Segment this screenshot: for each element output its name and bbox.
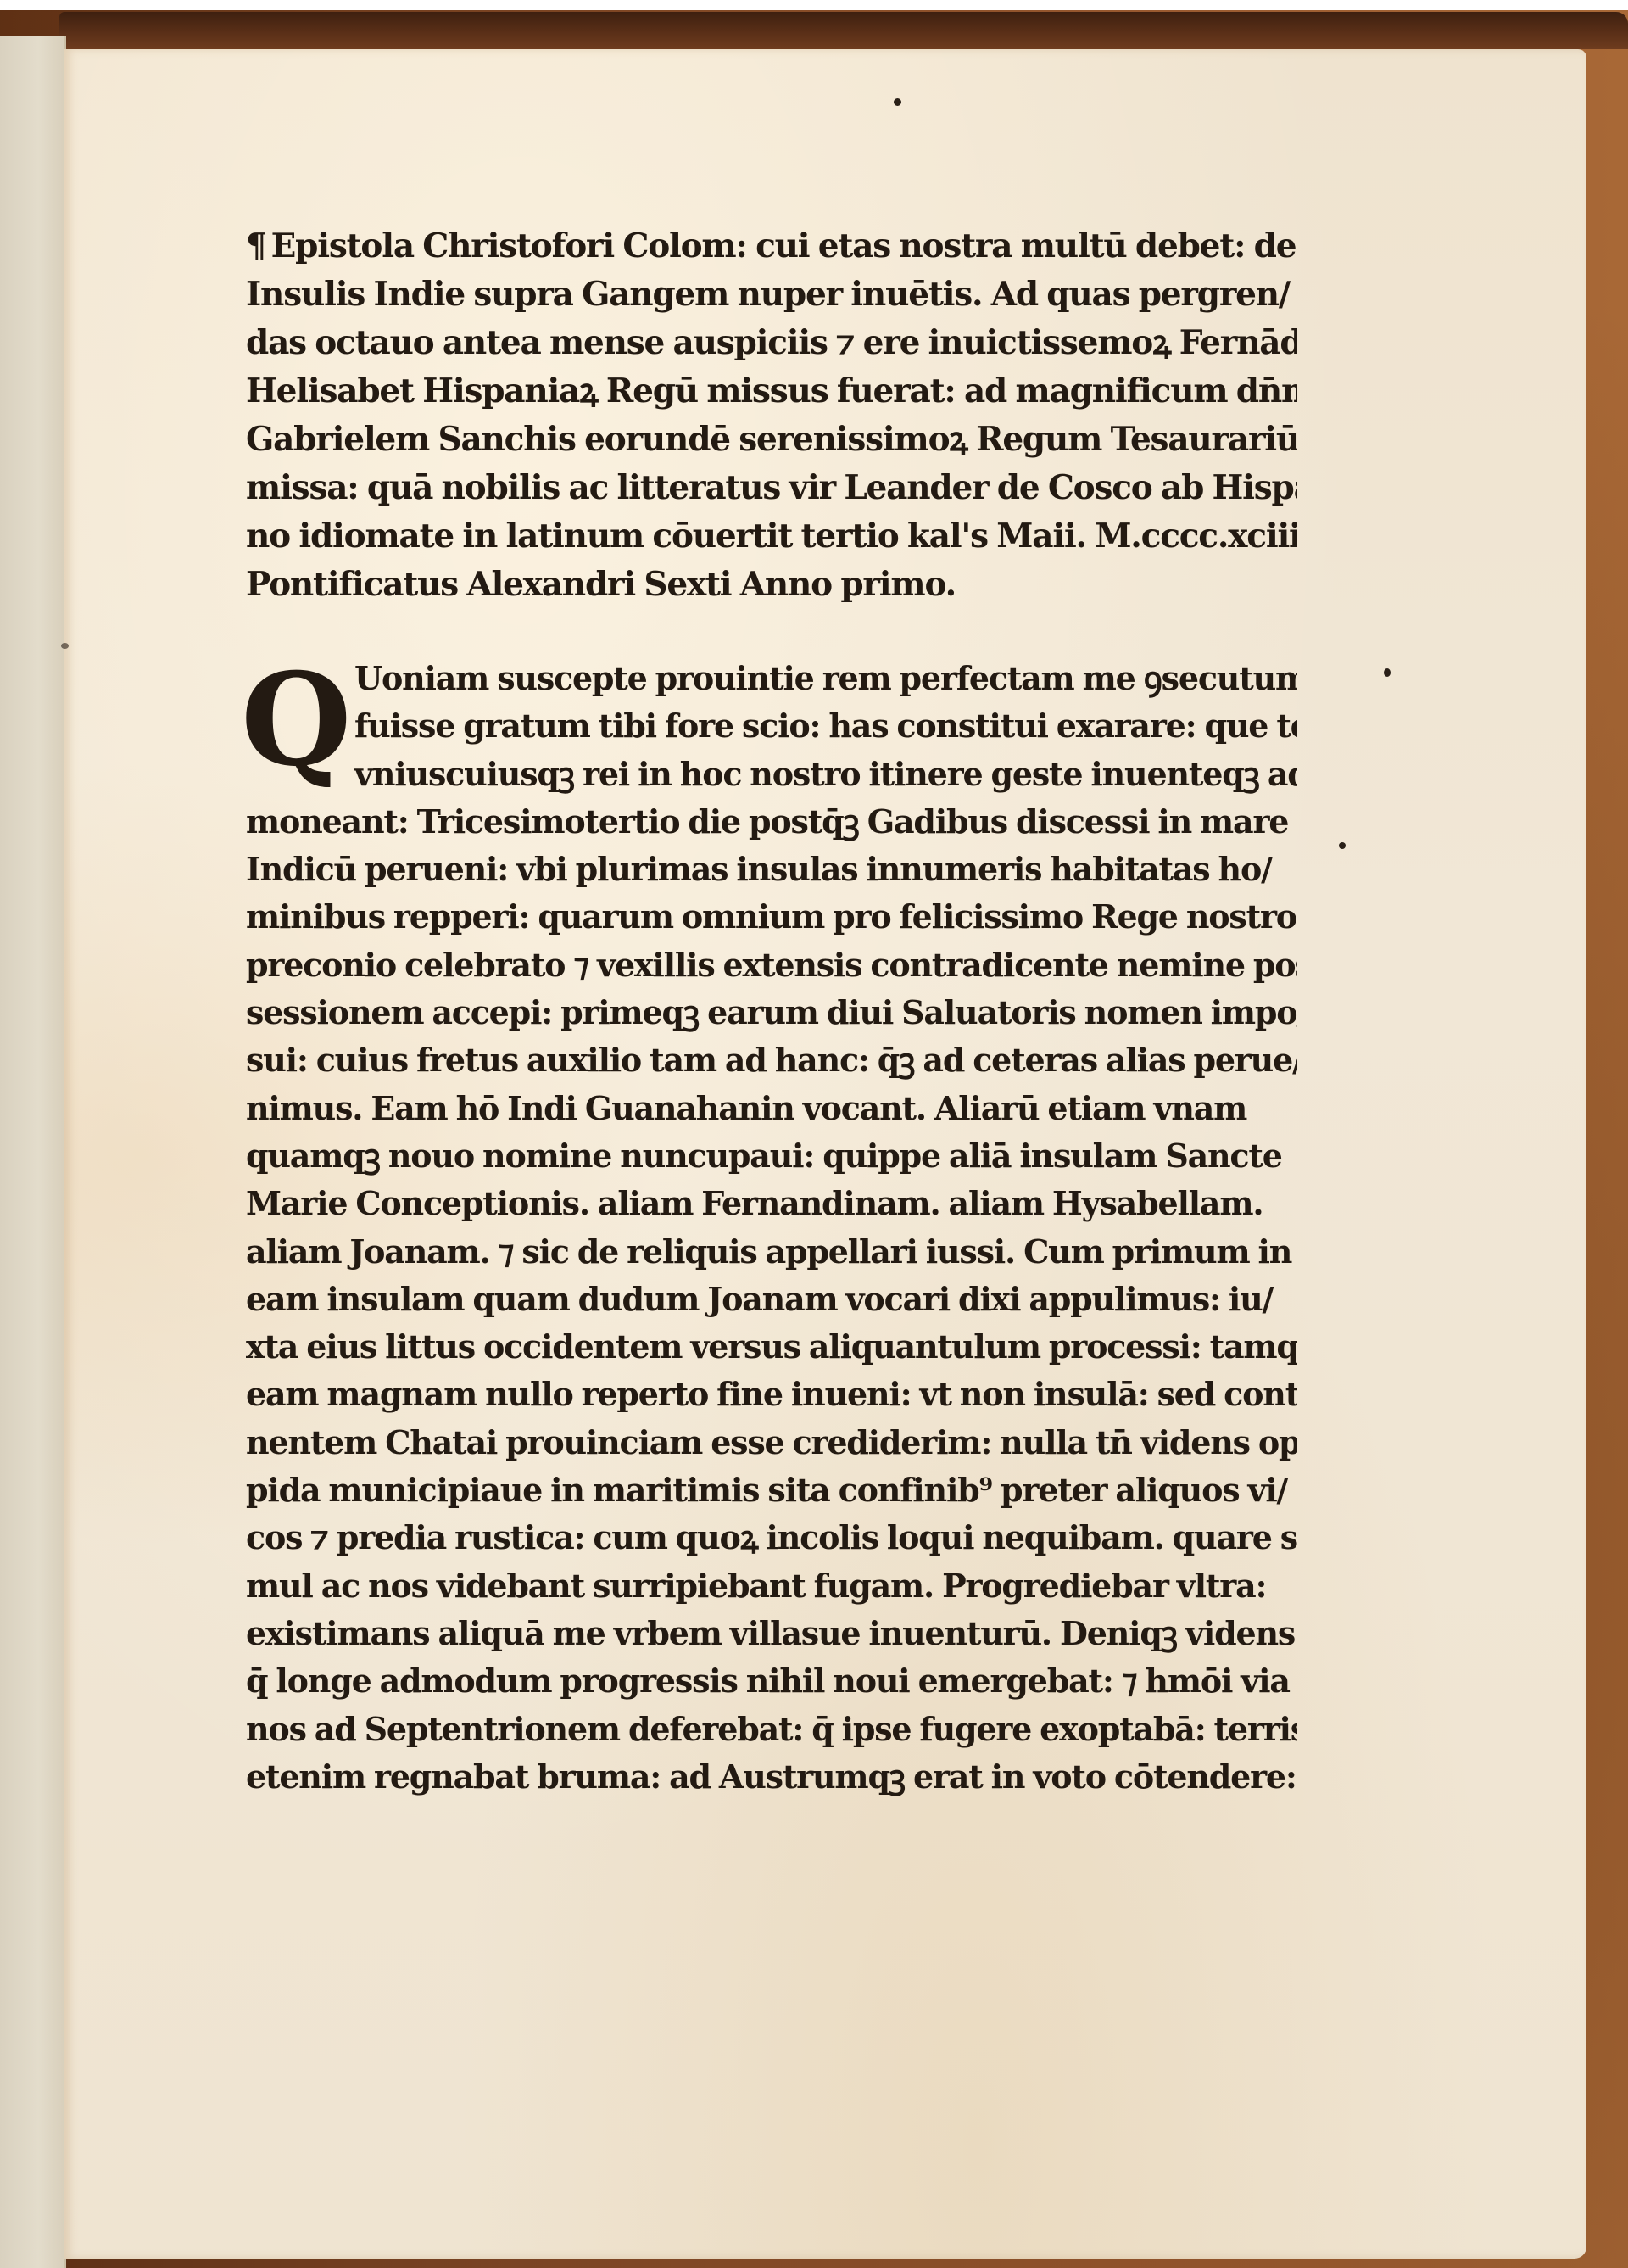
body-line: eam insulam quam dudum Joanam vocari dix…: [246, 1276, 1297, 1323]
body-line: mul ac nos videbant surripiebant fugam. …: [246, 1562, 1297, 1610]
verso-page-edge: [0, 36, 66, 2268]
body-line: Indicū perueni: vbi plurimas insulas inn…: [246, 846, 1297, 893]
ink-speck: [61, 643, 69, 649]
body-line: eam magnam nullo reperto fine inueni: vt…: [246, 1371, 1297, 1418]
book-scan: ¶Epistola Christofori Colom: cui etas no…: [0, 0, 1628, 2268]
heading-line: no idiomate in latinum cōuertit tertio k…: [246, 512, 1297, 561]
body-line: q̄ longe admodum progressis nihil noui e…: [246, 1657, 1297, 1705]
drop-cap: Q: [241, 656, 350, 784]
paragraph-mark-icon: ¶: [246, 222, 266, 271]
heading-line: ¶Epistola Christofori Colom: cui etas no…: [246, 222, 1297, 271]
letter-text: ¶Epistola Christofori Colom: cui etas no…: [246, 222, 1297, 1801]
heading-line: missa: quā nobilis ac litteratus vir Lea…: [246, 464, 1297, 512]
body-line: xta eius littus occidentem versus aliqua…: [246, 1323, 1297, 1371]
heading-line: Pontificatus Alexandri Sexti Anno primo.: [246, 561, 1297, 609]
body-line: fuisse gratum tibi fore scio: has consti…: [246, 702, 1297, 750]
binding-top-edge: [59, 12, 1628, 49]
body-line: nentem Chatai prouinciam esse crediderim…: [246, 1419, 1297, 1466]
body-line: aliam Joanam. ⁊ sic de reliquis appellar…: [246, 1228, 1297, 1276]
body-line: preconio celebrato ⁊ vexillis extensis c…: [246, 941, 1297, 989]
body-line: quamqꝫ nouo nomine nuncupaui: quippe ali…: [246, 1132, 1297, 1180]
body-line: pida municipiaue in maritimis sita confi…: [246, 1466, 1297, 1514]
body-line: existimans aliquā me vrbem villasue inue…: [246, 1610, 1297, 1657]
body-line: moneant: Tricesimotertio die postq̄ꝫ Gad…: [246, 798, 1297, 846]
heading-line: das octauo antea mense auspiciis ⁊ ere i…: [246, 319, 1297, 367]
ink-speck: [894, 98, 901, 106]
body-line: Uoniam suscepte prouintie rem perfectam …: [246, 655, 1297, 702]
body-paragraph: Q Uoniam suscepte prouintie rem perfecta…: [246, 655, 1297, 1801]
body-line: etenim regnabat bruma: ad Austrumqꝫ erat…: [246, 1753, 1297, 1801]
body-line: vniuscuiusqꝫ rei in hoc nostro itinere g…: [246, 751, 1297, 798]
body-line: sessionem accepi: primeqꝫ earum diui Sal…: [246, 989, 1297, 1036]
heading-line: Gabrielem Sanchis eorundē serenissimoꝝ R…: [246, 416, 1297, 464]
body-line: Marie Conceptionis. aliam Fernandinam. a…: [246, 1180, 1297, 1227]
body-line: sui: cuius fretus auxilio tam ad hanc: q…: [246, 1036, 1297, 1084]
title-paragraph: ¶Epistola Christofori Colom: cui etas no…: [246, 222, 1297, 609]
body-line: cos ⁊ predia rustica: cum quoꝝ incolis l…: [246, 1514, 1297, 1561]
ink-speck: [1384, 668, 1391, 677]
body-line: minibus repperi: quarum omnium pro felic…: [246, 893, 1297, 941]
heading-line: Insulis Indie supra Gangem nuper inuētis…: [246, 271, 1297, 319]
body-line: nimus. Eam hō Indi Guanahanin vocant. Al…: [246, 1085, 1297, 1132]
body-line: nos ad Septentrionem deferebat: q̄ ipse …: [246, 1706, 1297, 1753]
ink-speck: [1339, 842, 1346, 849]
heading-line: Helisabet Hispaniaꝝ Regū missus fuerat: …: [246, 367, 1297, 416]
